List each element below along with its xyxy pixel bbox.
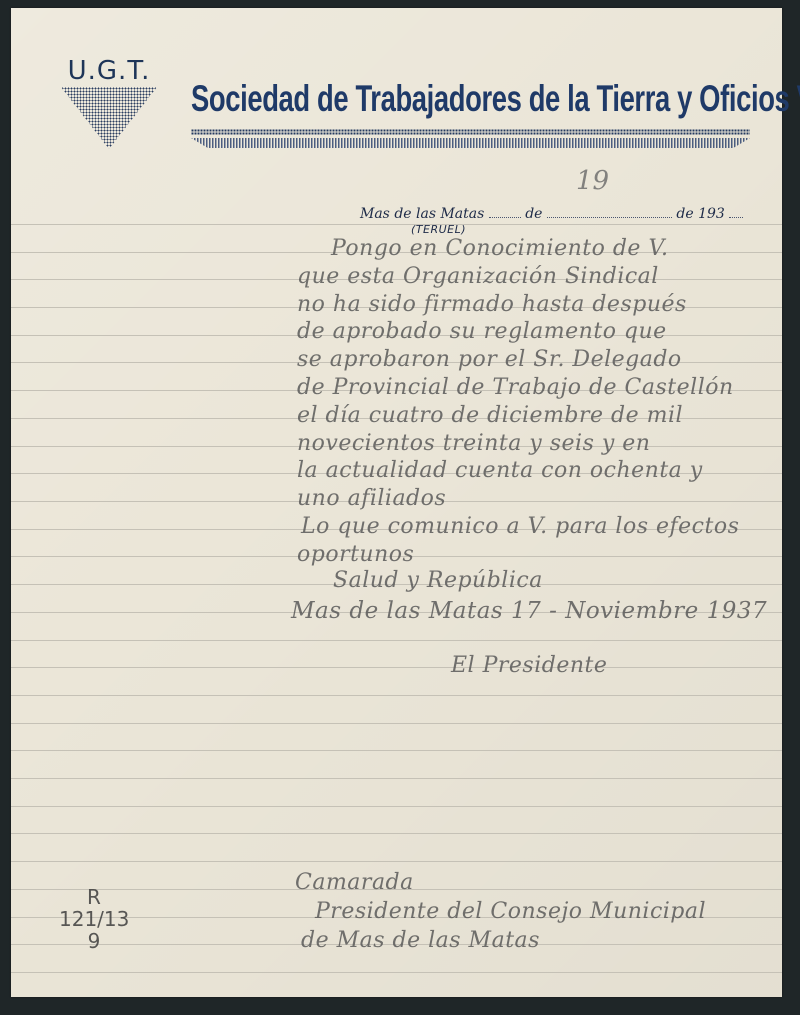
- ruled-line: [11, 224, 782, 225]
- body-line: que esta Organización Sindical: [297, 264, 659, 289]
- closing-salutation: Salud y República: [333, 568, 543, 593]
- body-line: uno afiliados: [297, 486, 446, 511]
- body-line: se aprobaron por el Sr. Delegado: [297, 347, 682, 372]
- date-line: Mas de las Matas 17 - Noviembre 1937: [291, 598, 767, 624]
- body-line: de Provincial de Trabajo de Castellón: [297, 375, 734, 400]
- ugt-shield-icon: [61, 87, 157, 149]
- ruled-line: [11, 972, 782, 973]
- body-line: la actualidad cuenta con ochenta y: [297, 458, 703, 483]
- signature: El Presidente: [451, 653, 607, 678]
- body-line: Lo que comunico a V. para los efectos: [301, 514, 739, 539]
- ruled-line: [11, 861, 782, 862]
- de-label-1: de: [525, 206, 542, 222]
- organization-title: Sociedad de Trabajadores de la Tierra y …: [191, 78, 605, 120]
- letter-paper: U.G.T. Sociedad de Trabajadores de la Ti…: [11, 8, 782, 997]
- month-blank: [547, 207, 672, 218]
- addressee-line-1: Camarada: [295, 870, 414, 895]
- ugt-logo-text: U.G.T.: [59, 56, 159, 86]
- ruled-line: [11, 667, 782, 668]
- body-line: el día cuatro de diciembre de mil: [297, 403, 683, 428]
- province-label: (TERUEL): [411, 223, 466, 236]
- body-line: Pongo en Conocimiento de V.: [331, 236, 668, 261]
- day-blank: [489, 207, 521, 218]
- addressee-line-3: de Mas de las Matas: [301, 928, 540, 953]
- body-line: novecientos treinta y seis y en: [297, 431, 650, 456]
- ruled-line: [11, 778, 782, 779]
- letterhead-dotted-rule: [191, 129, 750, 135]
- archive-mark-line-3: 9: [59, 930, 129, 952]
- ruled-line: [11, 833, 782, 834]
- ruled-line: [11, 723, 782, 724]
- de-label-2: de 193: [676, 206, 724, 222]
- year-blank: [729, 207, 743, 218]
- ruled-line: [11, 750, 782, 751]
- addressee-line-2: Presidente del Consejo Municipal: [315, 899, 706, 924]
- document-number: 19: [576, 166, 609, 196]
- archive-mark-line-1: R: [59, 886, 129, 908]
- letterhead-striped-rule: [191, 138, 750, 148]
- body-line: de aprobado su reglamento que: [297, 319, 667, 344]
- ruled-line: [11, 806, 782, 807]
- archive-mark-line-2: 121/13: [59, 908, 129, 930]
- ruled-line: [11, 695, 782, 696]
- body-line: no ha sido firmado hasta después: [297, 292, 687, 317]
- archive-mark: R 121/13 9: [59, 886, 129, 952]
- place-name: Mas de las Matas: [360, 206, 484, 222]
- body-line: oportunos: [297, 542, 414, 567]
- place-date-line: Mas de las Matas de de 193: [360, 206, 743, 222]
- ruled-line: [11, 640, 782, 641]
